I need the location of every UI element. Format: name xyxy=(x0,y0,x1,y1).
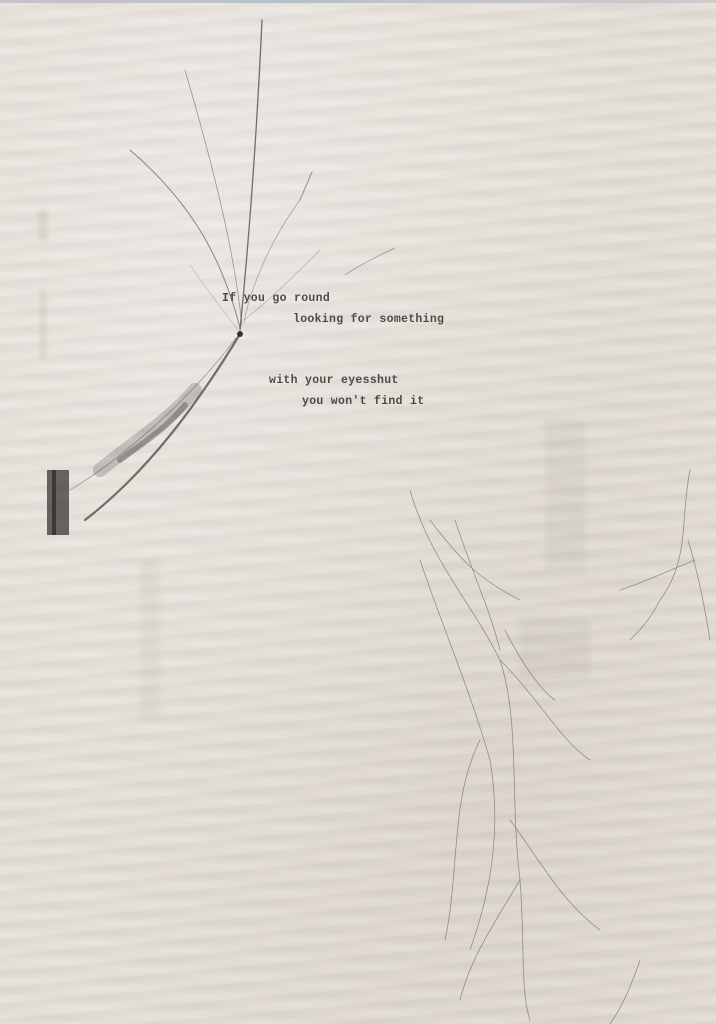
botanical-print xyxy=(0,0,716,1024)
poem-line-4: you won't find it xyxy=(302,395,424,408)
poem-line-3: with your eyesshut xyxy=(269,374,399,387)
poem-line-2: looking for something xyxy=(293,313,444,326)
poem-line-1: If you go round xyxy=(222,292,330,305)
